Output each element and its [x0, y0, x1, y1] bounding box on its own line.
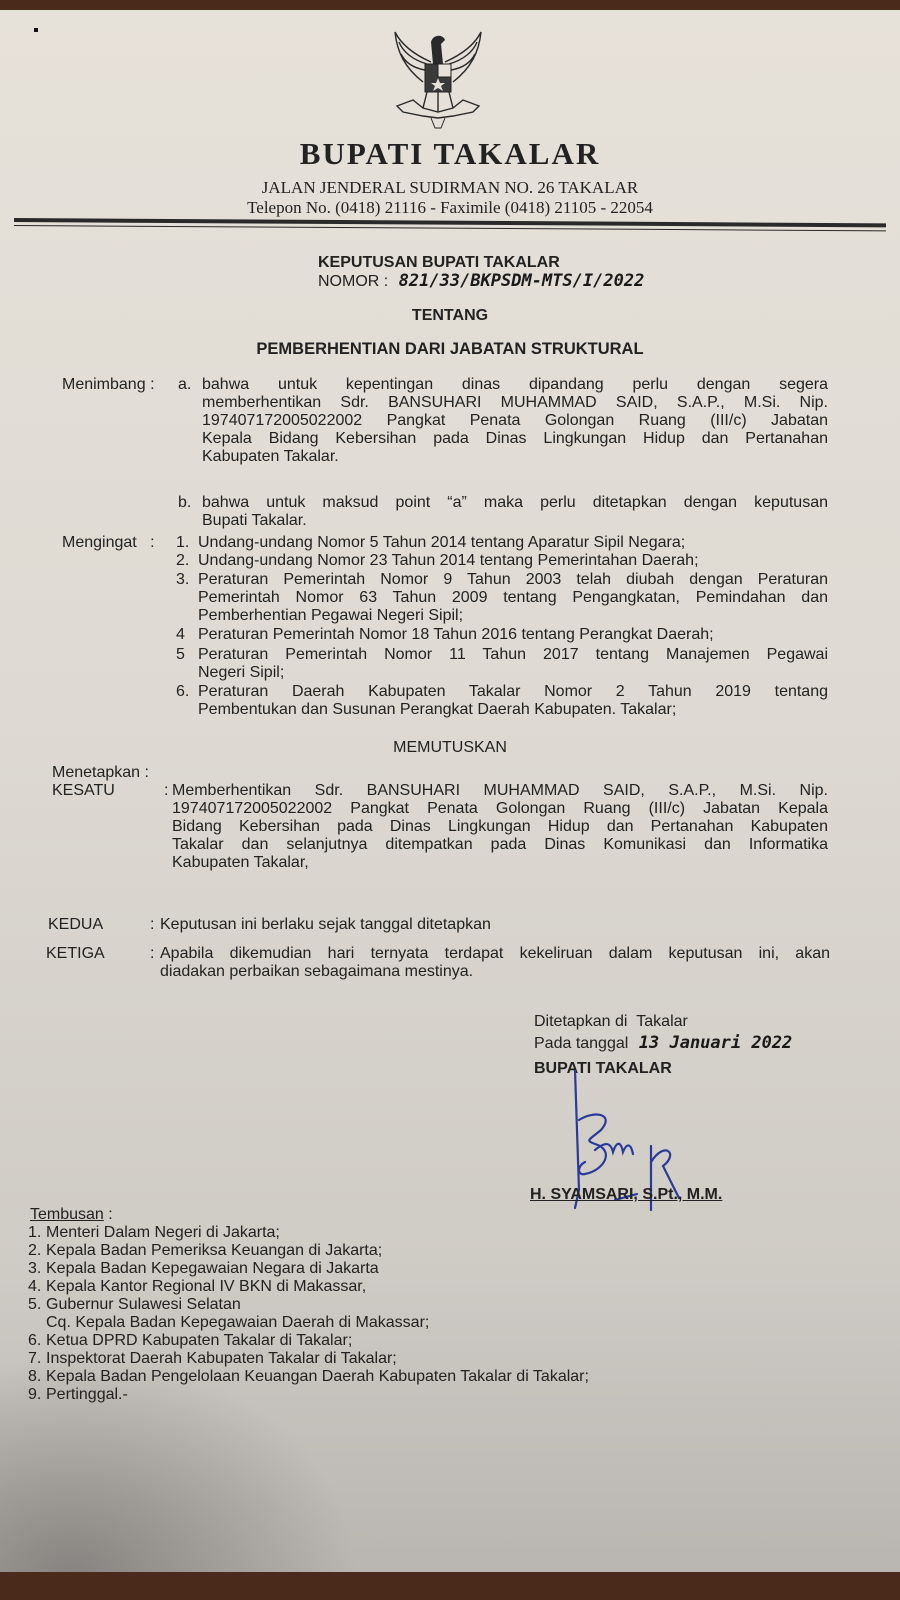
- signer-name: H. SYAMSARI, S.Pt., M.M.: [530, 1186, 722, 1204]
- kedua-text: Keputusan ini berlaku sejak tanggal dite…: [160, 916, 830, 934]
- decree-subject: PEMBERHENTIAN DARI JABATAN STRUKTURAL: [0, 340, 900, 358]
- kesatu-label: KESATU: [52, 782, 115, 800]
- tembusan-text: Gubernur Sulawesi Selatan: [46, 1296, 241, 1313]
- tembusan-text: Cq. Kepala Badan Kepegawaian Daerah di M…: [46, 1314, 429, 1331]
- tembusan-text: Inspektorat Daerah Kabupaten Takalar di …: [46, 1350, 397, 1367]
- kedua-colon: :: [150, 916, 154, 934]
- kedua-label: KEDUA: [48, 916, 103, 934]
- decree-number: NOMOR : 821/33/BKPSDM-MTS/I/2022: [318, 272, 644, 291]
- garuda-emblem-icon: [383, 24, 493, 134]
- mengingat-item-2: Undang-undang Nomor 23 Tahun 2014 tentan…: [198, 552, 828, 570]
- tembusan-title: Tembusan :: [30, 1206, 113, 1224]
- tembusan-marker: 7.: [28, 1350, 46, 1368]
- tembusan-item: 7.Inspektorat Daerah Kabupaten Takalar d…: [28, 1350, 397, 1368]
- ketiga-label: KETIGA: [46, 945, 105, 963]
- mengingat-marker-1: 1.: [176, 534, 189, 552]
- tembusan-marker: 6.: [28, 1332, 46, 1350]
- tembusan-item: 1.Menteri Dalam Negeri di Jakarta;: [28, 1224, 280, 1242]
- tembusan-item: 4.Kepala Kantor Regional IV BKN di Makas…: [28, 1278, 366, 1296]
- mengingat-label: Mengingat :: [62, 534, 155, 552]
- decree-number-label: NOMOR :: [318, 273, 388, 290]
- mengingat-marker-4: 4: [176, 626, 185, 644]
- mengingat-item-6: Peraturan Daerah Kabupaten Takalar Nomor…: [198, 683, 828, 719]
- mengingat-marker-3: 3.: [176, 571, 189, 589]
- decree-document: BUPATI TAKALAR JALAN JENDERAL SUDIRMAN N…: [0, 10, 900, 1572]
- menimbang-label: Menimbang :: [62, 376, 155, 394]
- tembusan-marker: 2.: [28, 1242, 46, 1260]
- mengingat-item-3: Peraturan Pemerintah Nomor 9 Tahun 2003 …: [198, 571, 828, 625]
- letterhead-phone: Telepon No. (0418) 21116 - Faximile (041…: [0, 198, 900, 218]
- tembusan-text: Kepala Badan Pemeriksa Keuangan di Jakar…: [46, 1242, 382, 1259]
- tembusan-item: 3.Kepala Badan Kepegawaian Negara di Jak…: [28, 1260, 379, 1278]
- kesatu-colon: :: [164, 782, 168, 800]
- tembusan-text: Ketua DPRD Kabupaten Takalar di Takalar;: [46, 1332, 352, 1349]
- tembusan-item: Cq. Kepala Badan Kepegawaian Daerah di M…: [28, 1314, 429, 1332]
- tembusan-marker: 3.: [28, 1260, 46, 1278]
- mengingat-item-1: Undang-undang Nomor 5 Tahun 2014 tentang…: [198, 534, 828, 552]
- tembusan-text: Kepala Kantor Regional IV BKN di Makassa…: [46, 1278, 366, 1295]
- tembusan-item: 2.Kepala Badan Pemeriksa Keuangan di Jak…: [28, 1242, 382, 1260]
- mengingat-marker-5: 5: [176, 646, 185, 664]
- letterhead-title: BUPATI TAKALAR: [0, 136, 900, 172]
- mengingat-item-4: Peraturan Pemerintah Nomor 18 Tahun 2016…: [198, 626, 828, 644]
- tembusan-item: 8.Kepala Badan Pengelolaan Keuangan Daer…: [28, 1368, 589, 1386]
- tembusan-text: Kepala Badan Pengelolaan Keuangan Daerah…: [46, 1368, 589, 1385]
- place-line: Ditetapkan di Takalar: [534, 1013, 688, 1031]
- kesatu-text: Memberhentikan Sdr. BANSUHARI MUHAMMAD S…: [172, 782, 828, 872]
- memutuskan-title: MEMUTUSKAN: [0, 739, 900, 757]
- tembusan-item: 9.Pertinggal.-: [28, 1386, 128, 1404]
- tembusan-text: Pertinggal.-: [46, 1386, 128, 1403]
- menimbang-marker-b: b.: [178, 494, 191, 512]
- menimbang-item-a: bahwa untuk kepentingan dinas dipandang …: [202, 376, 828, 466]
- decree-about: TENTANG: [0, 307, 900, 325]
- mengingat-marker-6: 6.: [176, 683, 189, 701]
- decree-title: KEPUTUSAN BUPATI TAKALAR: [318, 254, 560, 272]
- date-line: Pada tanggal 13 Januari 2022: [534, 1034, 792, 1053]
- menetapkan-label: Menetapkan :: [52, 764, 149, 782]
- letterhead-address: JALAN JENDERAL SUDIRMAN NO. 26 TAKALAR: [0, 178, 900, 198]
- menimbang-item-b: bahwa untuk maksud point “a” maka perlu …: [202, 494, 828, 530]
- tembusan-marker: 4.: [28, 1278, 46, 1296]
- tembusan-marker: 9.: [28, 1386, 46, 1404]
- tembusan-marker: 8.: [28, 1368, 46, 1386]
- decree-number-value: 821/33/BKPSDM-MTS/I/2022: [399, 271, 645, 291]
- mengingat-item-5: Peraturan Pemerintah Nomor 11 Tahun 2017…: [198, 646, 828, 682]
- tembusan-text: Menteri Dalam Negeri di Jakarta;: [46, 1224, 280, 1241]
- ketiga-colon: :: [150, 945, 154, 963]
- mengingat-marker-2: 2.: [176, 552, 189, 570]
- tembusan-item: 5.Gubernur Sulawesi Selatan: [28, 1296, 241, 1314]
- tembusan-item: 6.Ketua DPRD Kabupaten Takalar di Takala…: [28, 1332, 352, 1350]
- ink-dot: [34, 28, 38, 32]
- tembusan-text: Kepala Badan Kepegawaian Negara di Jakar…: [46, 1260, 379, 1277]
- tembusan-marker: 1.: [28, 1224, 46, 1242]
- tembusan-marker: 5.: [28, 1296, 46, 1314]
- menimbang-marker-a: a.: [178, 376, 191, 394]
- ketiga-text: Apabila dikemudian hari ternyata terdapa…: [160, 945, 830, 981]
